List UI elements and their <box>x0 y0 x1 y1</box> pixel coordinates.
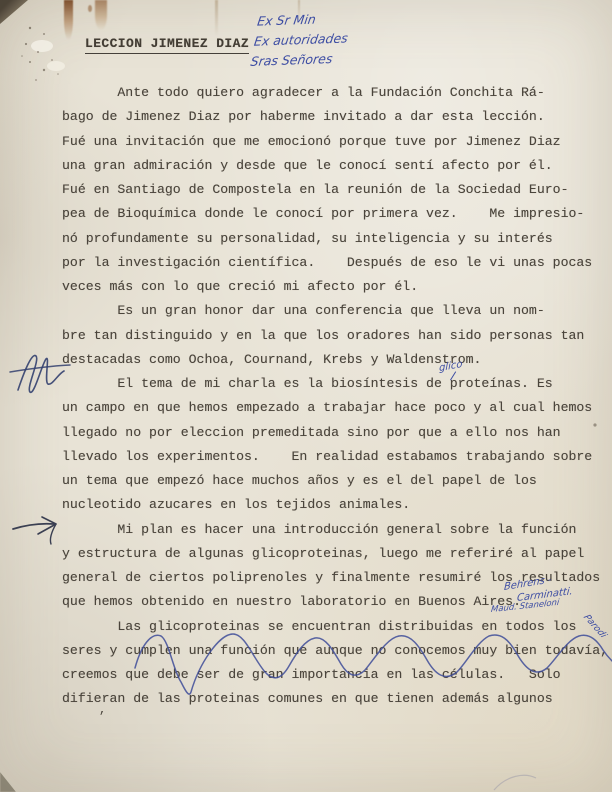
typescript-line: que hemos obtenido en nuestro laboratori… <box>62 590 610 614</box>
typescript-line: Las glicoproteinas se encuentran distrib… <box>62 615 610 639</box>
typescript-line: Mi plan es hacer una introducción genera… <box>62 518 610 542</box>
page-title: LECCION JIMENEZ DIAZ <box>85 36 249 54</box>
rust-stain <box>88 5 92 12</box>
rust-stain <box>95 0 107 30</box>
typescript-line: nó profundamente su personalidad, su int… <box>62 227 610 251</box>
typescript-line: bago de Jimenez Diaz por haberme invitad… <box>62 105 610 129</box>
typescript-line: llegado no por eleccion premeditada sino… <box>62 421 610 445</box>
typescript-body: Ante todo quiero agradecer a la Fundació… <box>62 81 610 712</box>
typescript-line: Fué una invitación que me emocionó porqu… <box>62 130 610 154</box>
crease-streak <box>215 0 218 36</box>
typescript-line: una gran admiración y desde que le conoc… <box>62 154 610 178</box>
typescript-line: Ante todo quiero agradecer a la Fundació… <box>62 81 610 105</box>
typescript-line: un tema que empezó hace muchos años y es… <box>62 469 610 493</box>
document-page: LECCION JIMENEZ DIAZ Ex Sr Min Ex autori… <box>0 0 612 792</box>
typescript-line: veces más con lo que creció mi afecto po… <box>62 275 610 299</box>
typescript-line: un campo en que hemos empezado a trabaja… <box>62 396 610 420</box>
salutation-note: Ex Sr Min Ex autoridades Sras Señores <box>257 8 349 71</box>
typescript-line: pea de Bioquímica donde le conocí por pr… <box>62 202 610 226</box>
typescript-line: difieran de las proteinas comunes en que… <box>62 687 610 711</box>
typescript-line: por la investigación científica. Después… <box>62 251 610 275</box>
typescript-line: bre tan distinguido y en la que los orad… <box>62 324 610 348</box>
typescript-line: El tema de mi charla es la biosíntesis d… <box>62 372 610 396</box>
typescript-line: destacadas como Ochoa, Cournand, Krebs y… <box>62 348 610 372</box>
corner-fold-bottom-left <box>0 772 16 792</box>
typescript-line: Fué en Santiago de Compostela en la reun… <box>62 178 610 202</box>
margin-arrow <box>10 514 66 550</box>
salutation-line: Sras Señores <box>249 48 350 72</box>
typescript-line: Es un gran honor dar una conferencia que… <box>62 299 610 323</box>
rust-stain <box>64 0 73 40</box>
typescript-line: y estructura de algunas glicoproteinas, … <box>62 542 610 566</box>
typescript-line: nucleotido azucares en los tejidos anima… <box>62 493 610 517</box>
typescript-line: llevado los experimentos. En realidad es… <box>62 445 610 469</box>
correction-mark: , <box>99 703 106 717</box>
pen-curl <box>492 770 538 792</box>
typescript-line: general de ciertos poliprenoles y finalm… <box>62 566 610 590</box>
corner-fold-top-left <box>0 0 28 24</box>
typescript-line: creemos que debe ser de gran importancia… <box>62 663 610 687</box>
typescript-line: seres y cumplen una función que aunque n… <box>62 639 610 663</box>
